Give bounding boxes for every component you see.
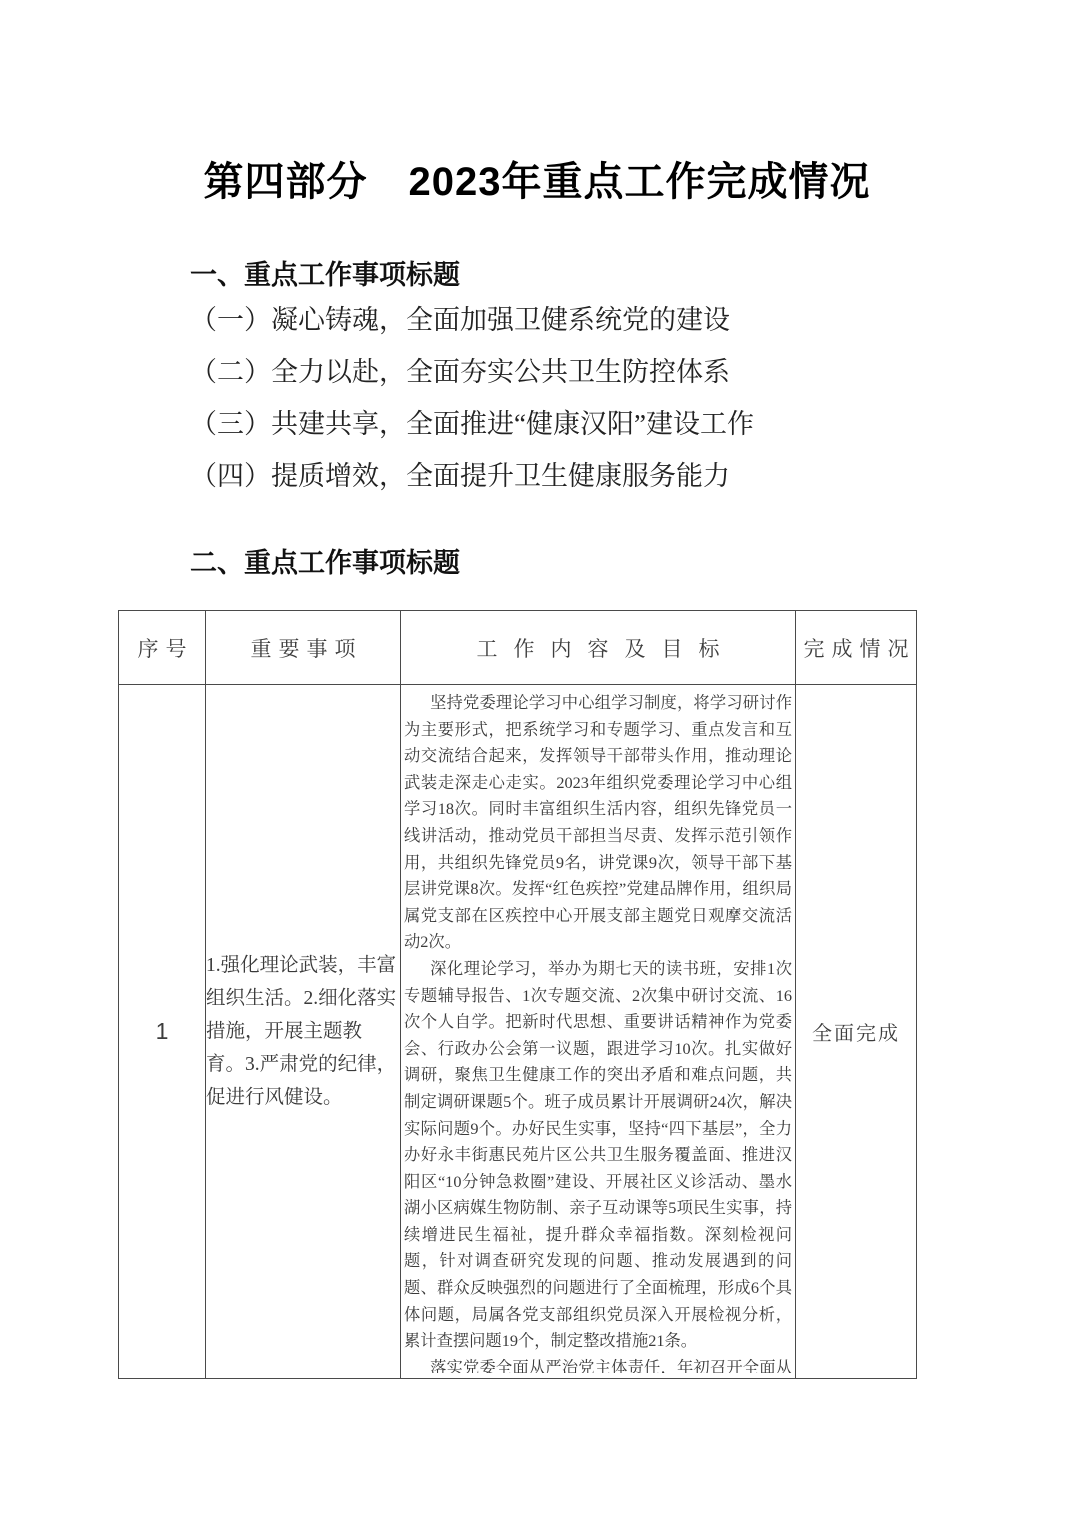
work-content-text: 坚持党委理论学习中心组学习制度，将学习研讨作为主要形式，把系统学习和专题学习、重… bbox=[401, 685, 795, 1373]
header-content: 工作内容及目标 bbox=[401, 611, 796, 685]
table-header-row: 序号 重要事项 工作内容及目标 完成情况 bbox=[119, 611, 917, 685]
cell-index: 1 bbox=[119, 685, 206, 1379]
list-item-1: （一）凝心铸魂，全面加强卫健系统党的建设 bbox=[190, 306, 1074, 335]
section1-heading: 一、重点工作事项标题 bbox=[190, 253, 1074, 292]
cell-work-content: 坚持党委理论学习中心组学习制度，将学习研讨作为主要形式，把系统学习和专题学习、重… bbox=[401, 685, 796, 1379]
section2-heading: 二、重点工作事项标题 bbox=[190, 541, 1074, 580]
header-index: 序号 bbox=[119, 611, 206, 685]
section1-item-list: （一）凝心铸魂，全面加强卫健系统党的建设 （二）全力以赴，全面夯实公共卫生防控体… bbox=[190, 306, 1074, 491]
list-item-4: （四）提质增效，全面提升卫生健康服务能力 bbox=[190, 462, 1074, 491]
list-item-3: （三）共建共享，全面推进“健康汉阳”建设工作 bbox=[190, 410, 1074, 439]
content-paragraph-1: 坚持党委理论学习中心组学习制度，将学习研讨作为主要形式，把系统学习和专题学习、重… bbox=[404, 690, 792, 956]
cell-completion-status: 全面完成 bbox=[796, 685, 917, 1379]
content-paragraph-2: 深化理论学习，举办为期七天的读书班，安排1次专题辅导报告、1次专题交流、2次集中… bbox=[404, 956, 792, 1355]
list-item-2: （二）全力以赴，全面夯实公共卫生防控体系 bbox=[190, 358, 1074, 387]
work-completion-table: 序号 重要事项 工作内容及目标 完成情况 1 1.强化理论武装，丰富组织生活。2… bbox=[118, 610, 917, 1379]
content-paragraph-3: 落实党委全面从严治党主体责任，年初召开全面从严治党暨党风廉政建设专题会议。贯彻执… bbox=[404, 1355, 792, 1373]
header-item: 重要事项 bbox=[206, 611, 401, 685]
cell-important-item: 1.强化理论武装，丰富组织生活。2.细化落实措施，开展主题教育。3.严肃党的纪律… bbox=[206, 685, 401, 1379]
header-status: 完成情况 bbox=[796, 611, 917, 685]
page-title: 第四部分 2023年重点工作完成情况 bbox=[0, 0, 1074, 207]
table-row: 1 1.强化理论武装，丰富组织生活。2.细化落实措施，开展主题教育。3.严肃党的… bbox=[119, 685, 917, 1379]
document-page: 第四部分 2023年重点工作完成情况 一、重点工作事项标题 （一）凝心铸魂，全面… bbox=[0, 0, 1074, 1520]
